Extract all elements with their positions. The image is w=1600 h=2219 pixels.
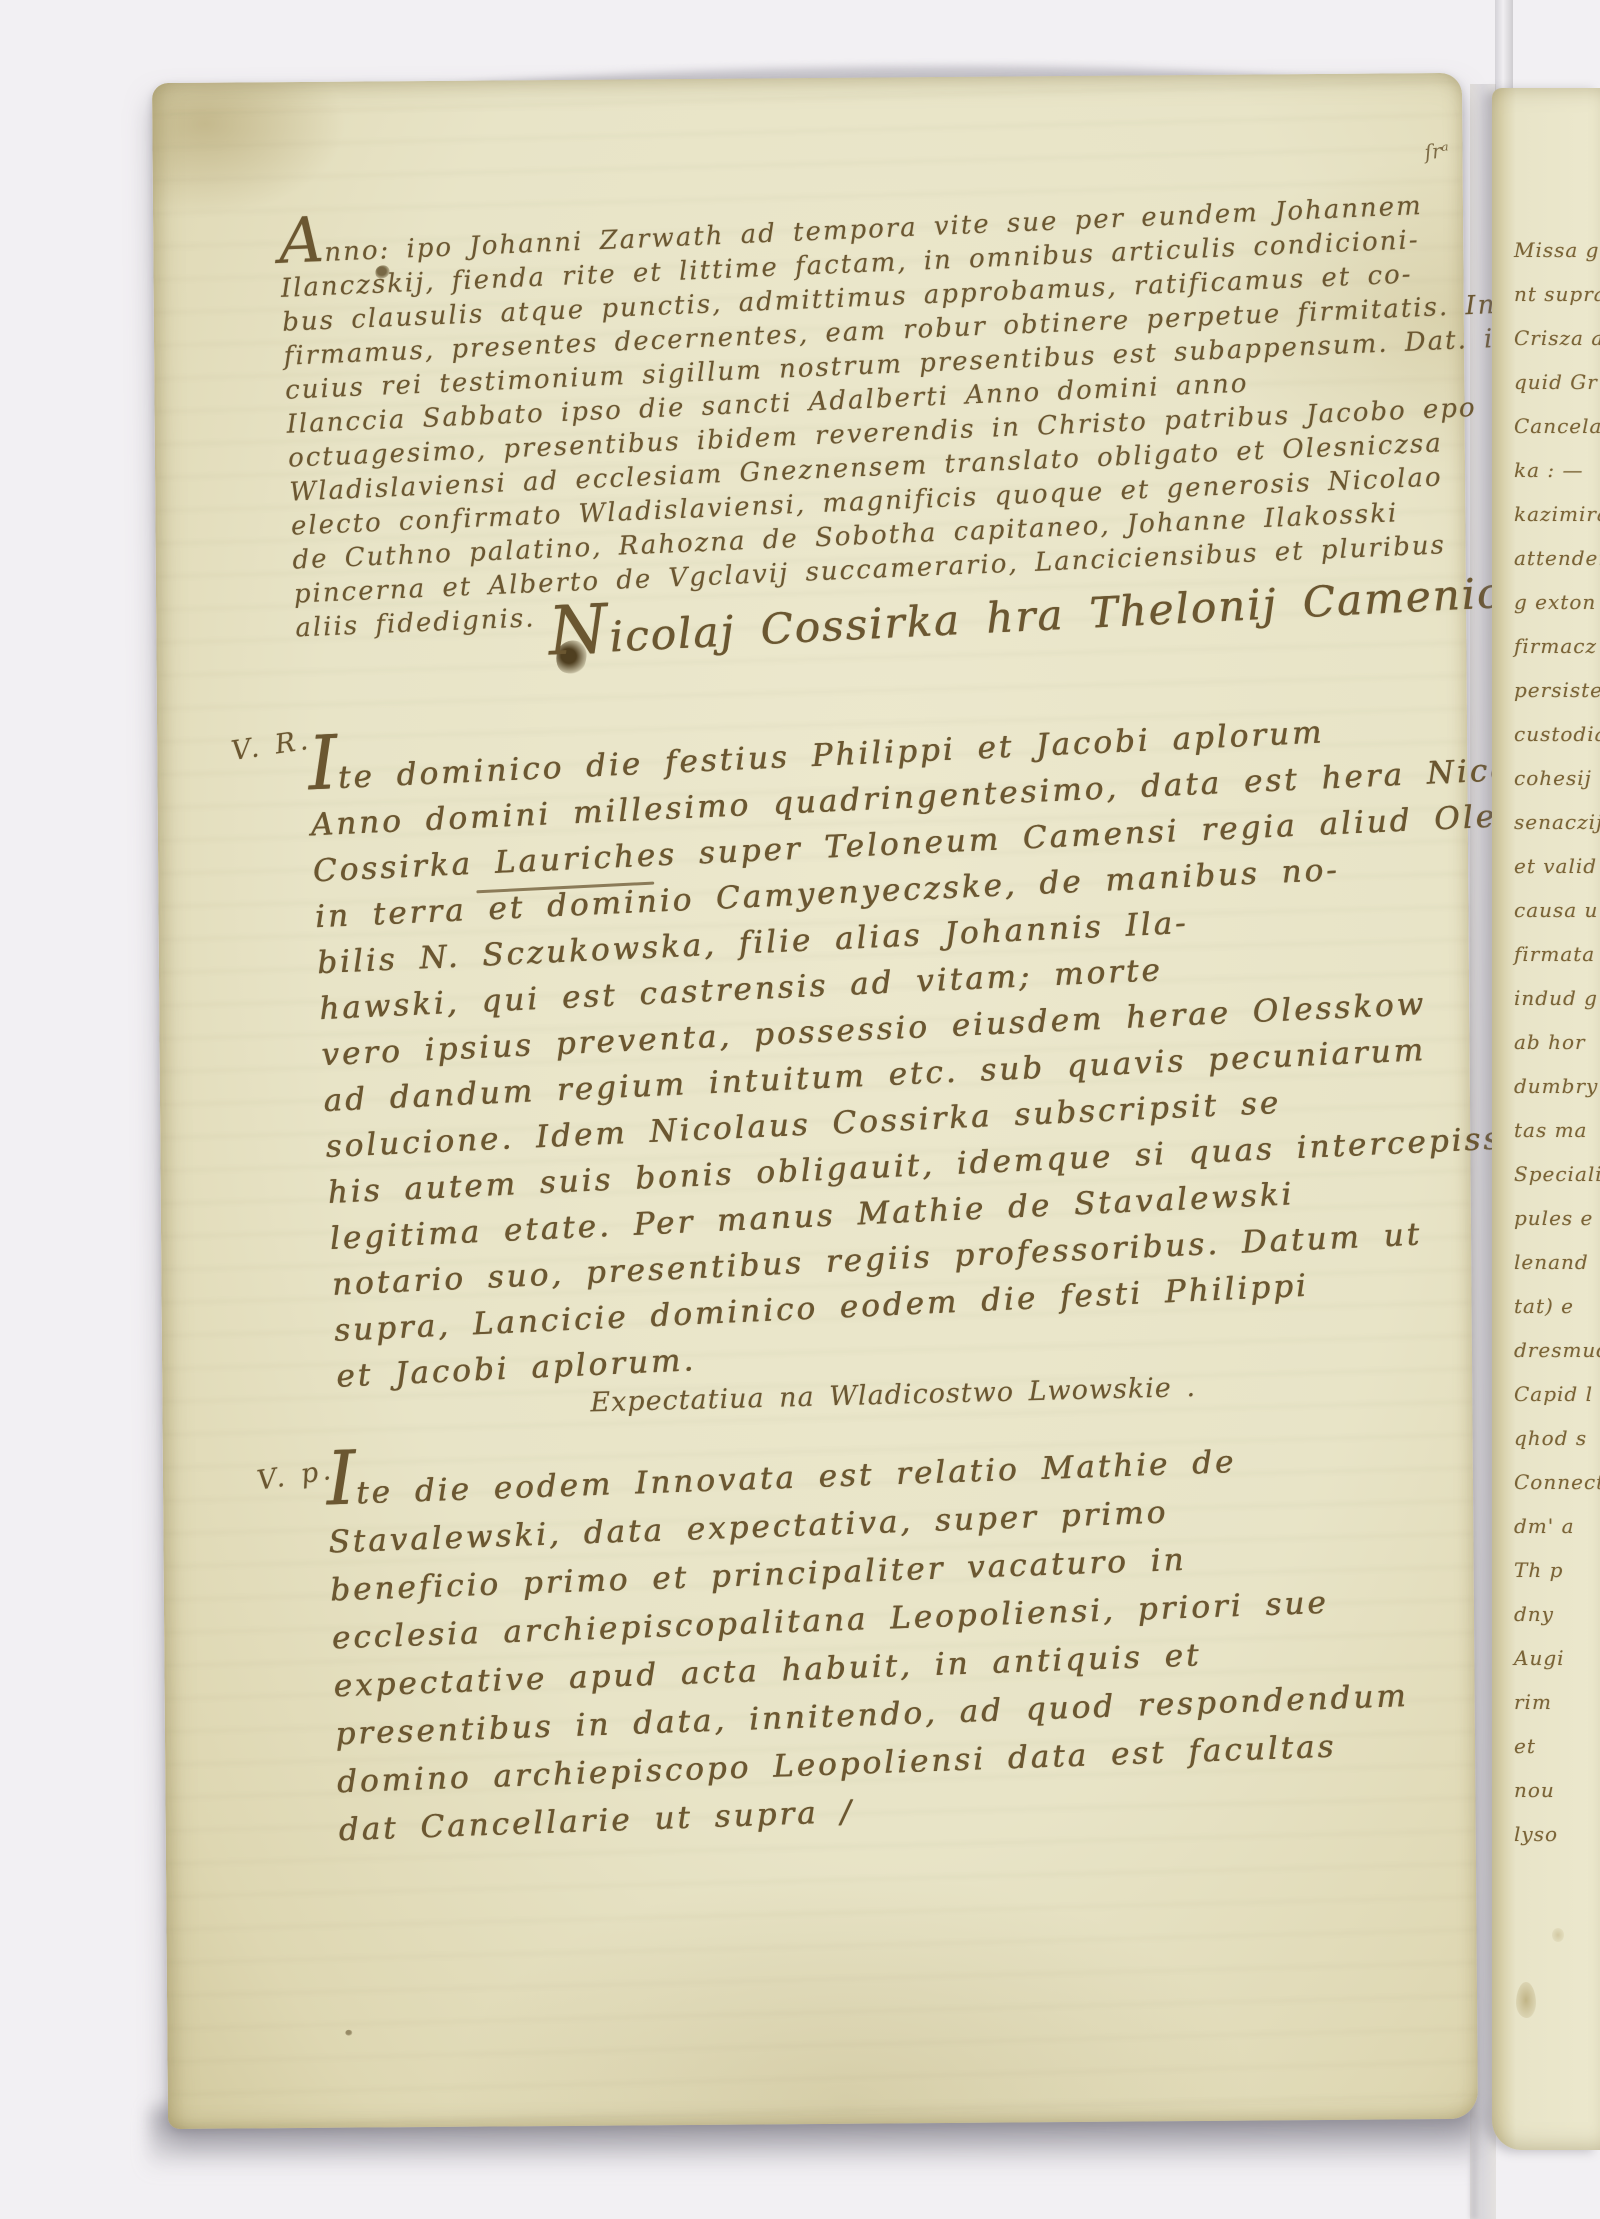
- text-fragment: Capid l: [1500, 1372, 1600, 1416]
- text-fragment: lenand: [1500, 1240, 1600, 1284]
- text-fragment: cohesij: [1500, 756, 1600, 800]
- text-fragment: tat) e: [1500, 1284, 1600, 1328]
- margin-note-vp: V. p.: [255, 1455, 337, 1497]
- text-fragment: g exton: [1500, 580, 1600, 624]
- text-fragment: quid Gr: [1500, 360, 1600, 404]
- text-fragment: et: [1500, 1724, 1600, 1768]
- text-fragment: ka : —: [1500, 448, 1600, 492]
- folio-mark: ſrᵃ: [1423, 138, 1450, 165]
- text-fragment: lyso: [1500, 1812, 1600, 1856]
- text-fragment: Crisza an: [1500, 316, 1600, 360]
- text-fragment: Cancelar: [1500, 404, 1600, 448]
- text-fragment: firmata: [1500, 932, 1600, 976]
- text-fragment: kazimira: [1500, 492, 1600, 536]
- book-binding: [1495, 0, 1513, 96]
- text-fragment: Speciali: [1500, 1152, 1600, 1196]
- entry-block-3: Ite die eodem Innovata est relatio Mathi…: [326, 1420, 1459, 1855]
- text-fragment: custodia: [1500, 712, 1600, 756]
- text-fragment: persister: [1500, 668, 1600, 712]
- text-fragment: ab hor: [1500, 1020, 1600, 1064]
- text-fragment: Th p: [1500, 1548, 1600, 1592]
- text-fragment: dm' a: [1500, 1504, 1600, 1548]
- spine-shadow: [1468, 2118, 1480, 2219]
- text-fragment: senaczij: [1500, 800, 1600, 844]
- facing-page-text: Missa gnnt supraCrisza anquid GrCancelar…: [1500, 228, 1600, 2128]
- text-fragment: Missa gn: [1500, 228, 1600, 272]
- text-fragment: dny: [1500, 1592, 1600, 1636]
- text-fragment: pules e: [1500, 1196, 1600, 1240]
- text-fragment: attendent: [1500, 536, 1600, 580]
- text-fragment: firmacz h: [1500, 624, 1600, 668]
- manuscript-photo: ſrᵃ Anno: ipo Johanni Zarwath ad tempora…: [0, 0, 1600, 2219]
- text-fragment: Connecto: [1500, 1460, 1600, 1504]
- text-fragment: et valid: [1500, 844, 1600, 888]
- text-fragment: rim: [1500, 1680, 1600, 1724]
- text-fragment: dresmud: [1500, 1328, 1600, 1372]
- entry-block-2: Ite dominico die festius Philippi et Jac…: [307, 691, 1496, 1400]
- text-fragment: tas ma: [1500, 1108, 1600, 1152]
- text-fragment: qhod s: [1500, 1416, 1600, 1460]
- text-fragment: Augi: [1500, 1636, 1600, 1680]
- ink-blot: [345, 2030, 352, 2036]
- margin-note-vr: V. R.: [229, 724, 314, 767]
- text-fragment: dumbry a: [1500, 1064, 1600, 1108]
- text-fragment: nt supra: [1500, 272, 1600, 316]
- ink-stain: [1552, 1928, 1564, 1942]
- text-fragment: indud g: [1500, 976, 1600, 1020]
- text-fragment: nou: [1500, 1768, 1600, 1812]
- ink-stain: [1516, 1982, 1536, 2018]
- text-fragment: causa u: [1500, 888, 1600, 932]
- manuscript-page: ſrᵃ Anno: ipo Johanni Zarwath ad tempora…: [152, 73, 1478, 2129]
